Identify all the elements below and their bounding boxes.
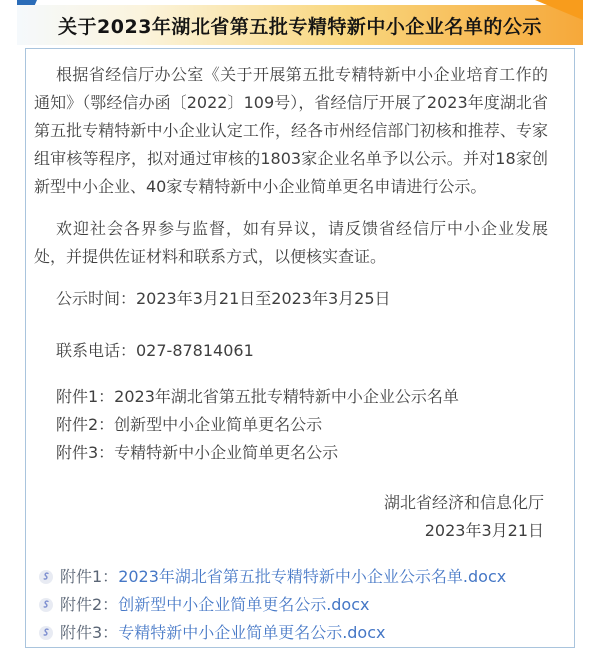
attachment-link-label: 附件3： [60, 619, 118, 647]
attachment-download-link-3[interactable]: 附件3： 专精特新中小企业简单更名公示.docx [39, 619, 548, 647]
attachment-link-label: 附件2： [60, 591, 118, 619]
signature-date: 2023年3月21日 [34, 517, 544, 545]
attachment-item-2: 附件2：创新型中小企业简单更名公示 [34, 411, 548, 439]
link-icon [39, 570, 53, 584]
attachment-download-links: 附件1： 2023年湖北省第五批专精特新中小企业公示名单.docx 附件2： 创… [34, 563, 548, 647]
attachment-link-filename: 创新型中小企业简单更名公示.docx [118, 591, 369, 619]
attachment-list: 附件1：2023年湖北省第五批专精特新中小企业公示名单 附件2：创新型中小企业简… [34, 383, 548, 467]
link-icon [39, 598, 53, 612]
attachment-item-1: 附件1：2023年湖北省第五批专精特新中小企业公示名单 [34, 383, 548, 411]
page-title: 关于2023年湖北省第五批专精特新中小企业名单的公示 [58, 12, 542, 39]
announcement-page: 关于2023年湖北省第五批专精特新中小企业名单的公示 根据省经信厅办公室《关于开… [0, 0, 600, 657]
attachment-download-link-1[interactable]: 附件1： 2023年湖北省第五批专精特新中小企业公示名单.docx [39, 563, 548, 591]
attachment-link-filename: 专精特新中小企业简单更名公示.docx [118, 619, 385, 647]
attachment-link-label: 附件1： [60, 563, 118, 591]
attachment-download-link-2[interactable]: 附件2： 创新型中小企业简单更名公示.docx [39, 591, 548, 619]
signature-block: 湖北省经济和信息化厅 2023年3月21日 [34, 489, 548, 545]
paragraph-intro: 根据省经信厅办公室《关于开展第五批专精特新中小企业培育工作的通知》（鄂经信办函〔… [34, 61, 548, 201]
signature-organization: 湖北省经济和信息化厅 [34, 489, 544, 517]
contact-phone: 联系电话：027-87814061 [34, 337, 548, 365]
title-banner: 关于2023年湖北省第五批专精特新中小企业名单的公示 [17, 5, 583, 45]
attachment-link-filename: 2023年湖北省第五批专精特新中小企业公示名单.docx [118, 563, 506, 591]
link-icon [39, 626, 53, 640]
announcement-body: 根据省经信厅办公室《关于开展第五批专精特新中小企业培育工作的通知》（鄂经信办函〔… [25, 48, 575, 648]
publicity-period: 公示时间：2023年3月21日至2023年3月25日 [34, 285, 548, 313]
paragraph-supervision: 欢迎社会各界参与监督，如有异议，请反馈省经信厅中小企业发展处，并提供佐证材料和联… [34, 215, 548, 271]
attachment-item-3: 附件3：专精特新中小企业简单更名公示 [34, 439, 548, 467]
